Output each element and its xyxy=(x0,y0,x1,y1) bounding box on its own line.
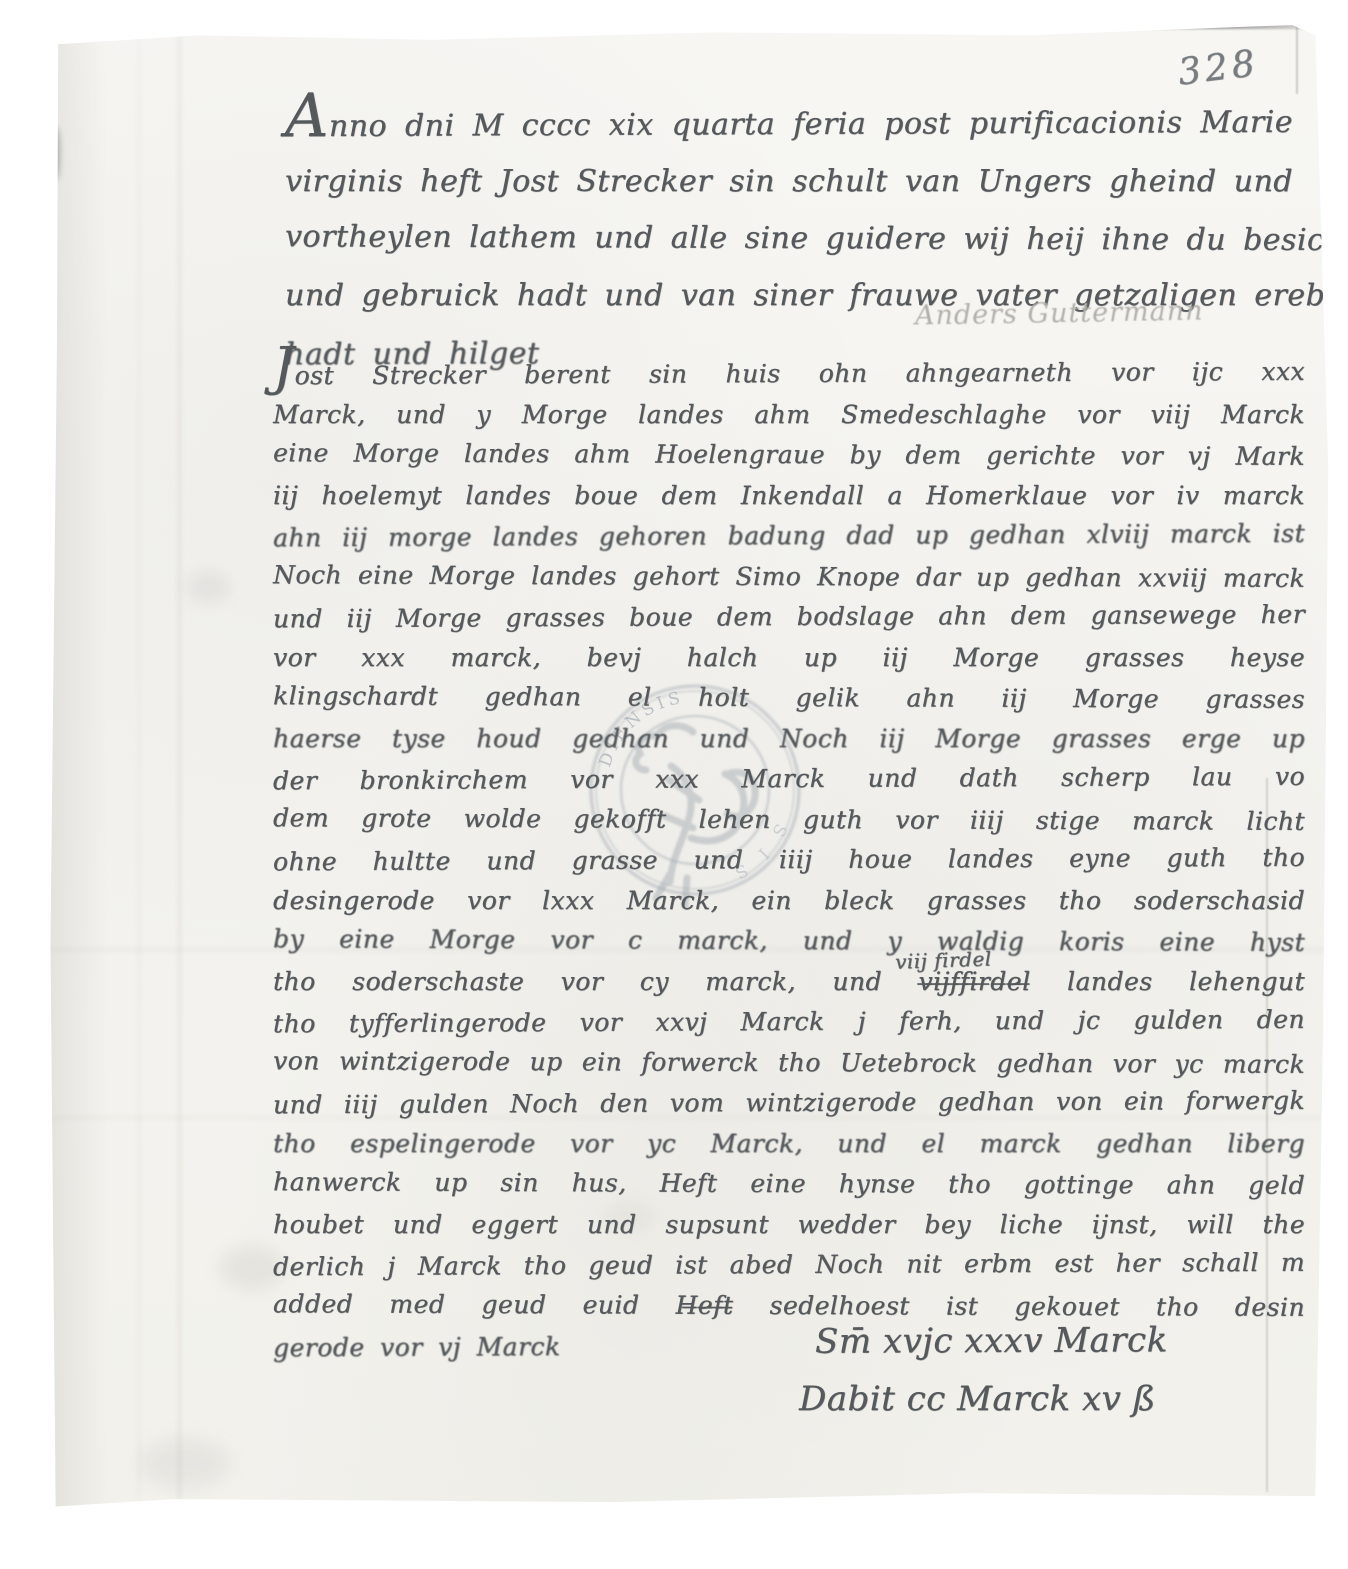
hand-line: vortheylen lathem und alle sine guidere … xyxy=(285,208,1293,269)
hand-line: derlich j Marck tho geud ist abed Noch n… xyxy=(273,1243,1305,1288)
paper-stain xyxy=(140,1438,230,1488)
hand-line: houbet und eggert und supsunt wedder bey… xyxy=(273,1205,1305,1246)
paper-surface: 328 DIENSIS S I S xyxy=(44,22,1336,1508)
hand-line: virginis heft Jost Strecker sin schult v… xyxy=(285,153,1293,210)
hand-line: desingerode vor lxxx Marck, ein bleck gr… xyxy=(273,881,1305,922)
corner-fold-line xyxy=(1296,24,1298,94)
hand-line: klingschardt gedhan el holt gelik ahn ii… xyxy=(273,676,1305,720)
hand-line: tho soderschaste vor cy marck, und v̶i̶j… xyxy=(273,962,1305,1003)
hand-line: Anno dni M cccc xix quarta feria post pu… xyxy=(285,94,1293,155)
hand-line: tho tyfferlingerode vor xxvj Marck j fer… xyxy=(273,1000,1305,1045)
total-line: Sm̄ xvjc xxxv Marck xyxy=(815,1311,1168,1371)
hand-line: von wintzigerode up ein forwerck tho Uet… xyxy=(273,1041,1305,1085)
hand-line: Jost Strecker berent sin huis ohn ahngea… xyxy=(273,350,1305,397)
hand-line: und iij Morge grasses boue dem bodslage … xyxy=(273,595,1305,640)
paper-stain xyxy=(186,570,230,604)
paragraph-2: Jost Strecker berent sin huis ohn ahngea… xyxy=(273,352,1305,1367)
total-line: Dabit cc Marck xv ß xyxy=(799,1370,1168,1428)
marginal-annotation: Anders Guttermann xyxy=(915,295,1204,331)
hand-line: dem grote wolde gekofft lehen guth vor i… xyxy=(273,798,1305,842)
ink-smudge xyxy=(48,126,60,180)
hand-line: ohne hultte und grasse und iiij houe lan… xyxy=(273,838,1305,883)
hand-line: vor xxx marck, bevj halch up iij Morge g… xyxy=(273,638,1305,679)
hand-line: und iiij gulden Noch den vom wintzigerod… xyxy=(273,1081,1305,1126)
left-edge-shadow xyxy=(44,22,108,1508)
paragraph-1: Anno dni M cccc xix quarta feria post pu… xyxy=(285,96,1293,381)
scanned-manuscript-page: { "page": { "folio_number": "328" }, "co… xyxy=(0,0,1348,1569)
hand-line: haerse tyse houd gedhan und Noch iij Mor… xyxy=(273,719,1305,760)
hand-line: tho espelingerode vor yc Marck, und el m… xyxy=(273,1124,1305,1165)
hand-line: Noch eine Morge landes gehort Simo Knope… xyxy=(273,555,1305,599)
folio-number: 328 xyxy=(1176,43,1261,94)
vertical-fold-crease xyxy=(138,36,140,1498)
hand-line: der bronkirchem vor xxx Marck und dath s… xyxy=(273,757,1305,802)
vertical-fold-crease xyxy=(178,32,181,1500)
hand-line: ahn iij morge landes gehoren badung dad … xyxy=(273,514,1305,559)
totals-block: Sm̄ xvjc xxxv MarckDabit cc Marck xv ß xyxy=(815,1312,1168,1428)
torn-top-edge xyxy=(48,24,1330,29)
paper-sheet: 328 DIENSIS S I S xyxy=(44,22,1336,1508)
hand-line: Marck, und y Morge landes ahm Smedeschla… xyxy=(273,395,1305,436)
hand-line: iij hoelemyt landes boue dem Inkendall a… xyxy=(273,476,1305,517)
hand-line: eine Morge landes ahm Hoelengraue by dem… xyxy=(273,433,1305,477)
interlinear-correction: viij firdel xyxy=(895,946,992,973)
hand-line: by eine Morge vor c marck, und y waldig … xyxy=(273,919,1305,963)
hand-line: hanwerck up sin hus, Heft eine hynse tho… xyxy=(273,1162,1305,1206)
